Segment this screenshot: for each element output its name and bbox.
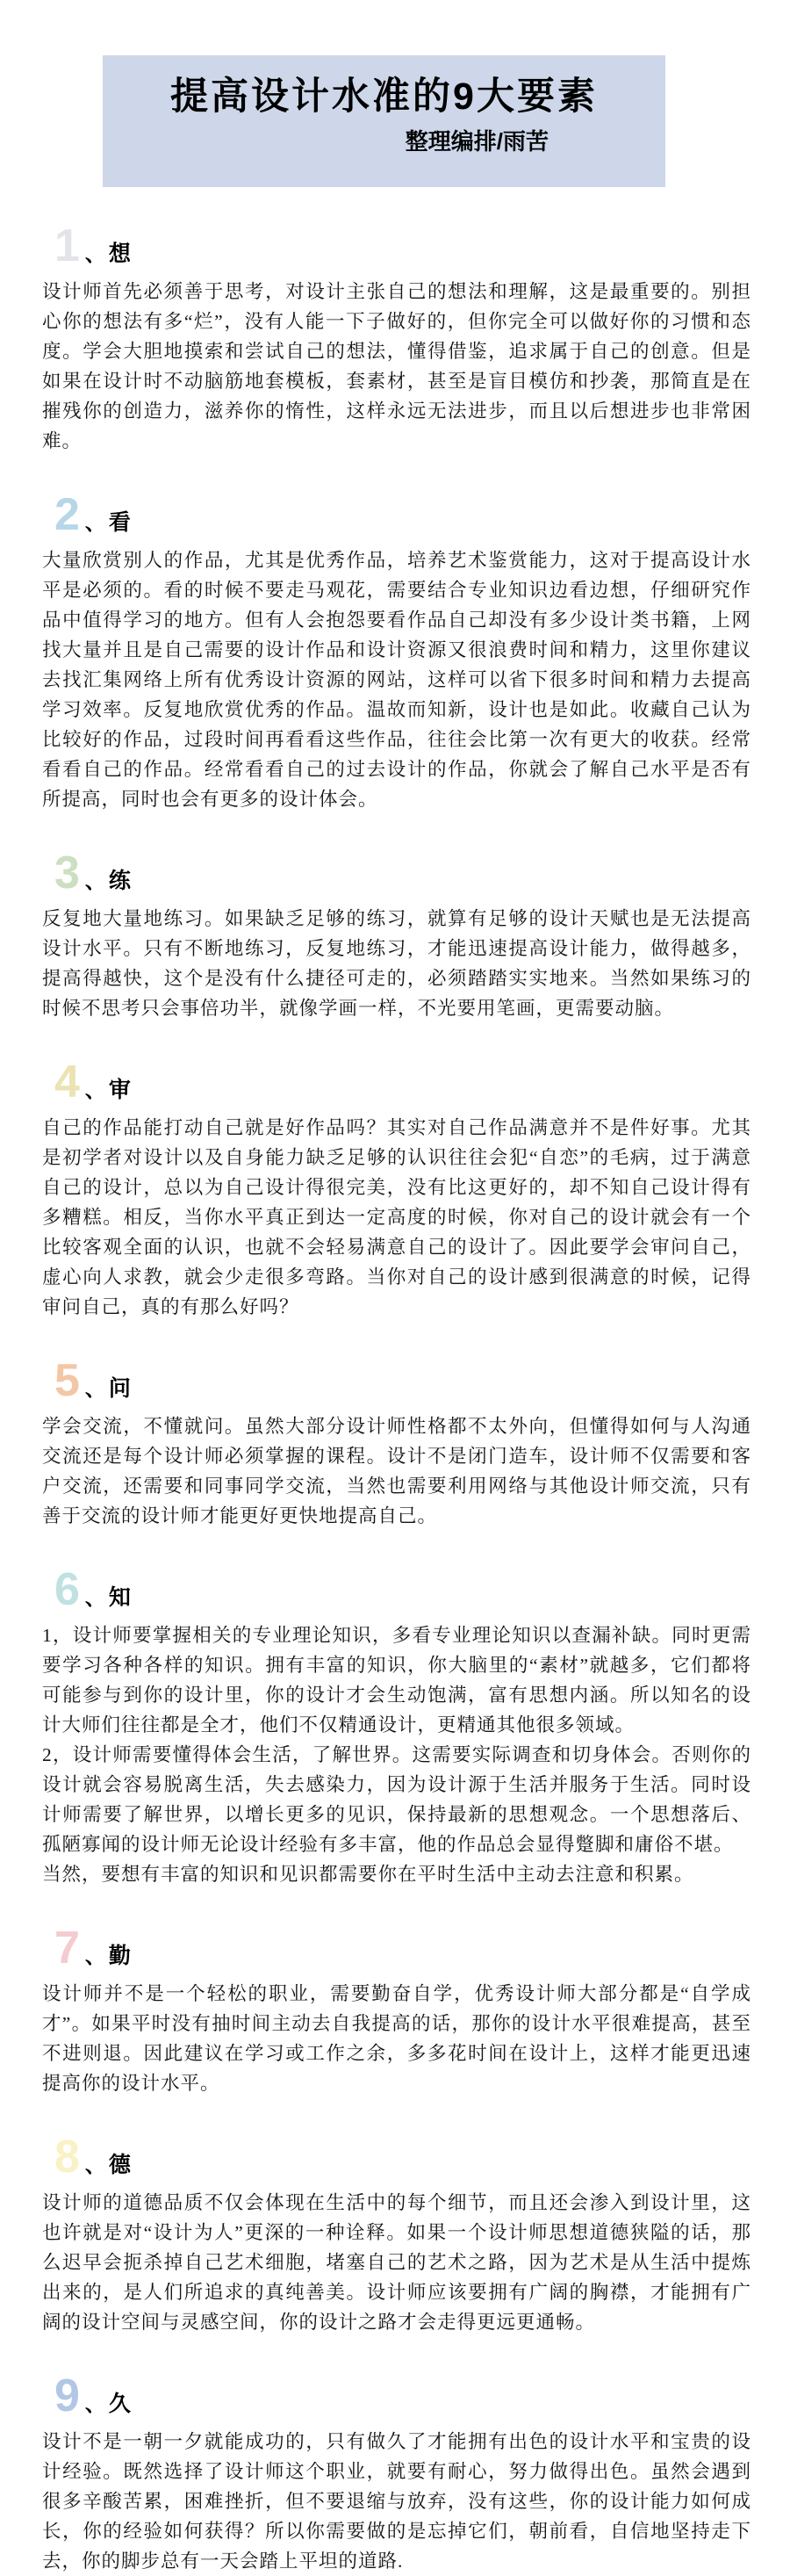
section-number: 7 [54, 1928, 80, 1969]
section-number: 8 [54, 2137, 80, 2178]
section: 2 、 看 大量欣赏别人的作品，尤其是优秀作品，培养艺术鉴赏能力，这对于提高设计… [42, 494, 751, 814]
section-title: 勤 [109, 1938, 132, 1970]
section-title: 久 [109, 2386, 132, 2418]
section-heading: 2 、 看 [54, 494, 751, 537]
section-separator: 、 [85, 1940, 105, 1969]
section: 1 、 想 设计师首先必须善于思考，对设计主张自己的想法和理解，这是最重要的。别… [42, 226, 751, 456]
section-heading: 1 、 想 [54, 226, 751, 268]
section: 5 、 问 学会交流，不懂就问。虽然大部分设计师性格都不太外向，但懂得如何与人沟… [42, 1360, 751, 1531]
header-banner: 提高设计水准的9大要素 整理编排/雨苦 [103, 55, 665, 187]
section: 8 、 德 设计师的道德品质不仅会体现在生活中的每个细节，而且还会渗入到设计里，… [42, 2137, 751, 2337]
section-separator: 、 [85, 1373, 105, 1402]
section-paragraph: 反复地大量地练习。如果缺乏足够的练习，就算有足够的设计天赋也是无法提高设计水平。… [42, 904, 751, 1023]
section-paragraph: 设计师的道德品质不仅会体现在生活中的每个细节，而且还会渗入到设计里，这也许就是对… [42, 2188, 751, 2337]
section-title: 看 [109, 505, 132, 537]
article-page: 提高设计水准的9大要素 整理编排/雨苦 1 、 想 设计师首先必须善于思考，对设… [0, 0, 790, 2576]
section-number: 1 [54, 226, 80, 267]
page-title: 提高设计水准的9大要素 [103, 76, 665, 118]
section-paragraph: 1，设计师要掌握相关的专业理论知识，多看专业理论知识以查漏补缺。同时更需要学习各… [42, 1620, 751, 1740]
section: 3 、 练 反复地大量地练习。如果缺乏足够的练习，就算有足够的设计天赋也是无法提… [42, 853, 751, 1023]
section-separator: 、 [85, 1582, 105, 1611]
section-heading: 8 、 德 [54, 2137, 751, 2179]
section-heading: 7 、 勤 [54, 1928, 751, 1970]
section-paragraph: 自己的作品能打动自己就是好作品吗？其实对自己作品满意并不是件好事。尤其是初学者对… [42, 1113, 751, 1322]
section-title: 知 [109, 1580, 132, 1612]
section-number: 2 [54, 494, 80, 536]
section-paragraph: 大量欣赏别人的作品，尤其是优秀作品，培养艺术鉴赏能力，这对于提高设计水平是必须的… [42, 545, 751, 814]
section: 6 、 知 1，设计师要掌握相关的专业理论知识，多看专业理论知识以查漏补缺。同时… [42, 1569, 751, 1889]
section-separator: 、 [85, 1074, 105, 1103]
section-heading: 6 、 知 [54, 1569, 751, 1612]
section-separator: 、 [85, 865, 105, 894]
page-subtitle: 整理编排/雨苦 [103, 124, 665, 156]
section-heading: 9 、 久 [54, 2376, 751, 2418]
section-title: 审 [109, 1072, 132, 1104]
section-heading: 4 、 审 [54, 1062, 751, 1104]
section-number: 4 [54, 1062, 80, 1103]
section: 9 、 久 设计不是一朝一夕就能成功的，只有做久了才能拥有出色的设计水平和宝贵的… [42, 2376, 751, 2576]
section-number: 5 [54, 1360, 80, 1402]
section-number: 9 [54, 2376, 80, 2417]
section-title: 德 [109, 2147, 132, 2179]
section-number: 3 [54, 853, 80, 894]
section: 7 、 勤 设计师并不是一个轻松的职业，需要勤奋自学，优秀设计师大部分都是“自学… [42, 1928, 751, 2098]
section: 4 、 审 自己的作品能打动自己就是好作品吗？其实对自己作品满意并不是件好事。尤… [42, 1062, 751, 1322]
section-paragraph: 当然，要想有丰富的知识和见识都需要你在平时生活中主动去注意和积累。 [42, 1859, 751, 1889]
section-title: 想 [109, 236, 132, 268]
section-number: 6 [54, 1569, 80, 1611]
section-separator: 、 [85, 2388, 105, 2417]
section-paragraph: 设计不是一朝一夕就能成功的，只有做久了才能拥有出色的设计水平和宝贵的设计经验。既… [42, 2427, 751, 2576]
sections-container: 1 、 想 设计师首先必须善于思考，对设计主张自己的想法和理解，这是最重要的。别… [0, 226, 790, 2576]
section-paragraph: 学会交流，不懂就问。虽然大部分设计师性格都不太外向，但懂得如何与人沟通交流还是每… [42, 1411, 751, 1531]
section-heading: 3 、 练 [54, 853, 751, 895]
section-paragraph: 2，设计师需要懂得体会生活，了解世界。这需要实际调查和切身体会。否则你的设计就会… [42, 1740, 751, 1859]
section-heading: 5 、 问 [54, 1360, 751, 1403]
section-separator: 、 [85, 507, 105, 536]
section-paragraph: 设计师首先必须善于思考，对设计主张自己的想法和理解，这是最重要的。别担心你的想法… [42, 277, 751, 456]
section-title: 问 [109, 1371, 132, 1403]
section-separator: 、 [85, 238, 105, 267]
section-paragraph: 设计师并不是一个轻松的职业，需要勤奋自学，优秀设计师大部分都是“自学成才”。如果… [42, 1979, 751, 2098]
section-title: 练 [109, 863, 132, 895]
section-separator: 、 [85, 2149, 105, 2178]
